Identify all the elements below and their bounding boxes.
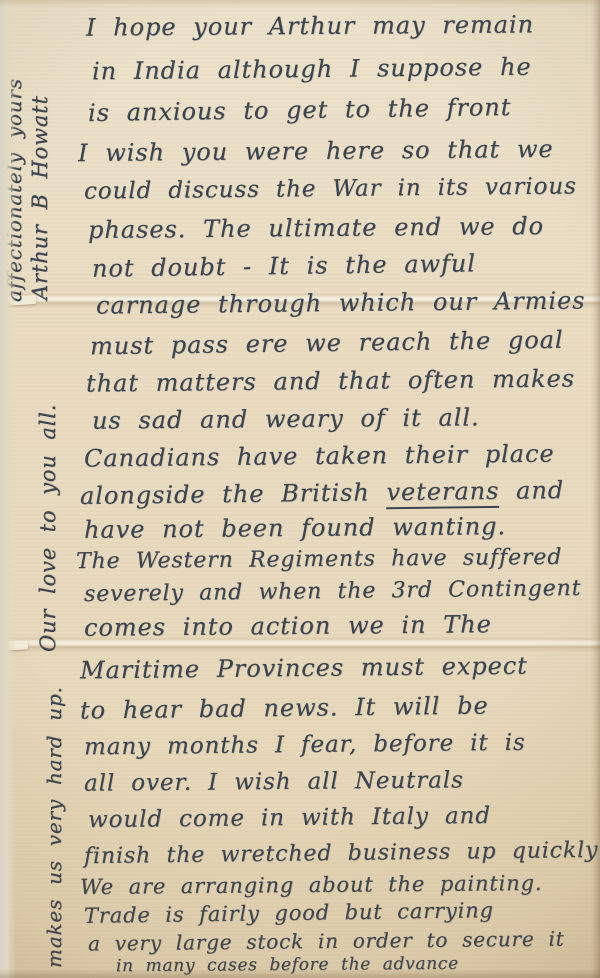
- fold-tear-mark: [0, 640, 28, 650]
- letter-line: not doubt - It is the awful: [92, 249, 476, 282]
- margin-note: Our love to you all.: [36, 307, 60, 652]
- letter-line: all over. I wish all Neutrals: [84, 767, 464, 796]
- letter-line: is anxious to get to the front: [88, 93, 512, 127]
- letter-line: many months I fear, before it is: [84, 730, 526, 761]
- letter-line: Maritime Provinces must expect: [80, 652, 528, 685]
- letter-line: a very large stock in order to secure it: [88, 927, 565, 956]
- letter-line: finish the wretched business up quickly: [84, 838, 599, 869]
- letter-line: We are arranging about the painting.: [80, 871, 543, 899]
- letter-line: phases. The ultimate end we do: [88, 212, 544, 244]
- letter-line: alongside the British veterans and: [80, 476, 564, 510]
- letter-line: Canadians have taken their place: [84, 440, 555, 473]
- letter-line: would come in with Italy and: [88, 803, 491, 833]
- letter-line: have not been found wanting.: [84, 512, 506, 544]
- letter-line: I hope your Arthur may remain: [86, 10, 534, 41]
- letter-line: in India although I suppose he: [92, 53, 532, 86]
- letter-line: that matters and that often makes: [86, 364, 575, 397]
- margin-note: affectionately yours: [2, 17, 26, 302]
- letter-line: I wish you were here so that we: [78, 135, 554, 167]
- letter-line: could discuss the War in its various: [84, 173, 577, 204]
- letter-line: comes into action we in The: [84, 610, 492, 642]
- letter-line: to hear bad news. It will be: [80, 692, 489, 725]
- letter-line: in many cases before the advance: [116, 954, 459, 976]
- letter-line: must pass ere we reach the goal: [90, 326, 564, 361]
- letter-page: I hope your Arthur may remainin India al…: [0, 0, 600, 978]
- margin-signature: Arthur B Howatt: [28, 50, 52, 300]
- paper-edge-top: [0, 0, 600, 7]
- paper-edge-right: [590, 0, 600, 978]
- underlined-word: veterans: [386, 477, 499, 509]
- margin-note: makes us very hard up.: [42, 638, 66, 968]
- letter-line: severely and when the 3rd Contingent: [84, 576, 582, 607]
- letter-line: us sad and weary of it all.: [92, 403, 480, 434]
- letter-line: Trade is fairly good but carrying: [84, 898, 494, 928]
- letter-line: The Western Regiments have suffered: [76, 545, 562, 574]
- letter-line: carnage through which our Armies: [96, 286, 586, 319]
